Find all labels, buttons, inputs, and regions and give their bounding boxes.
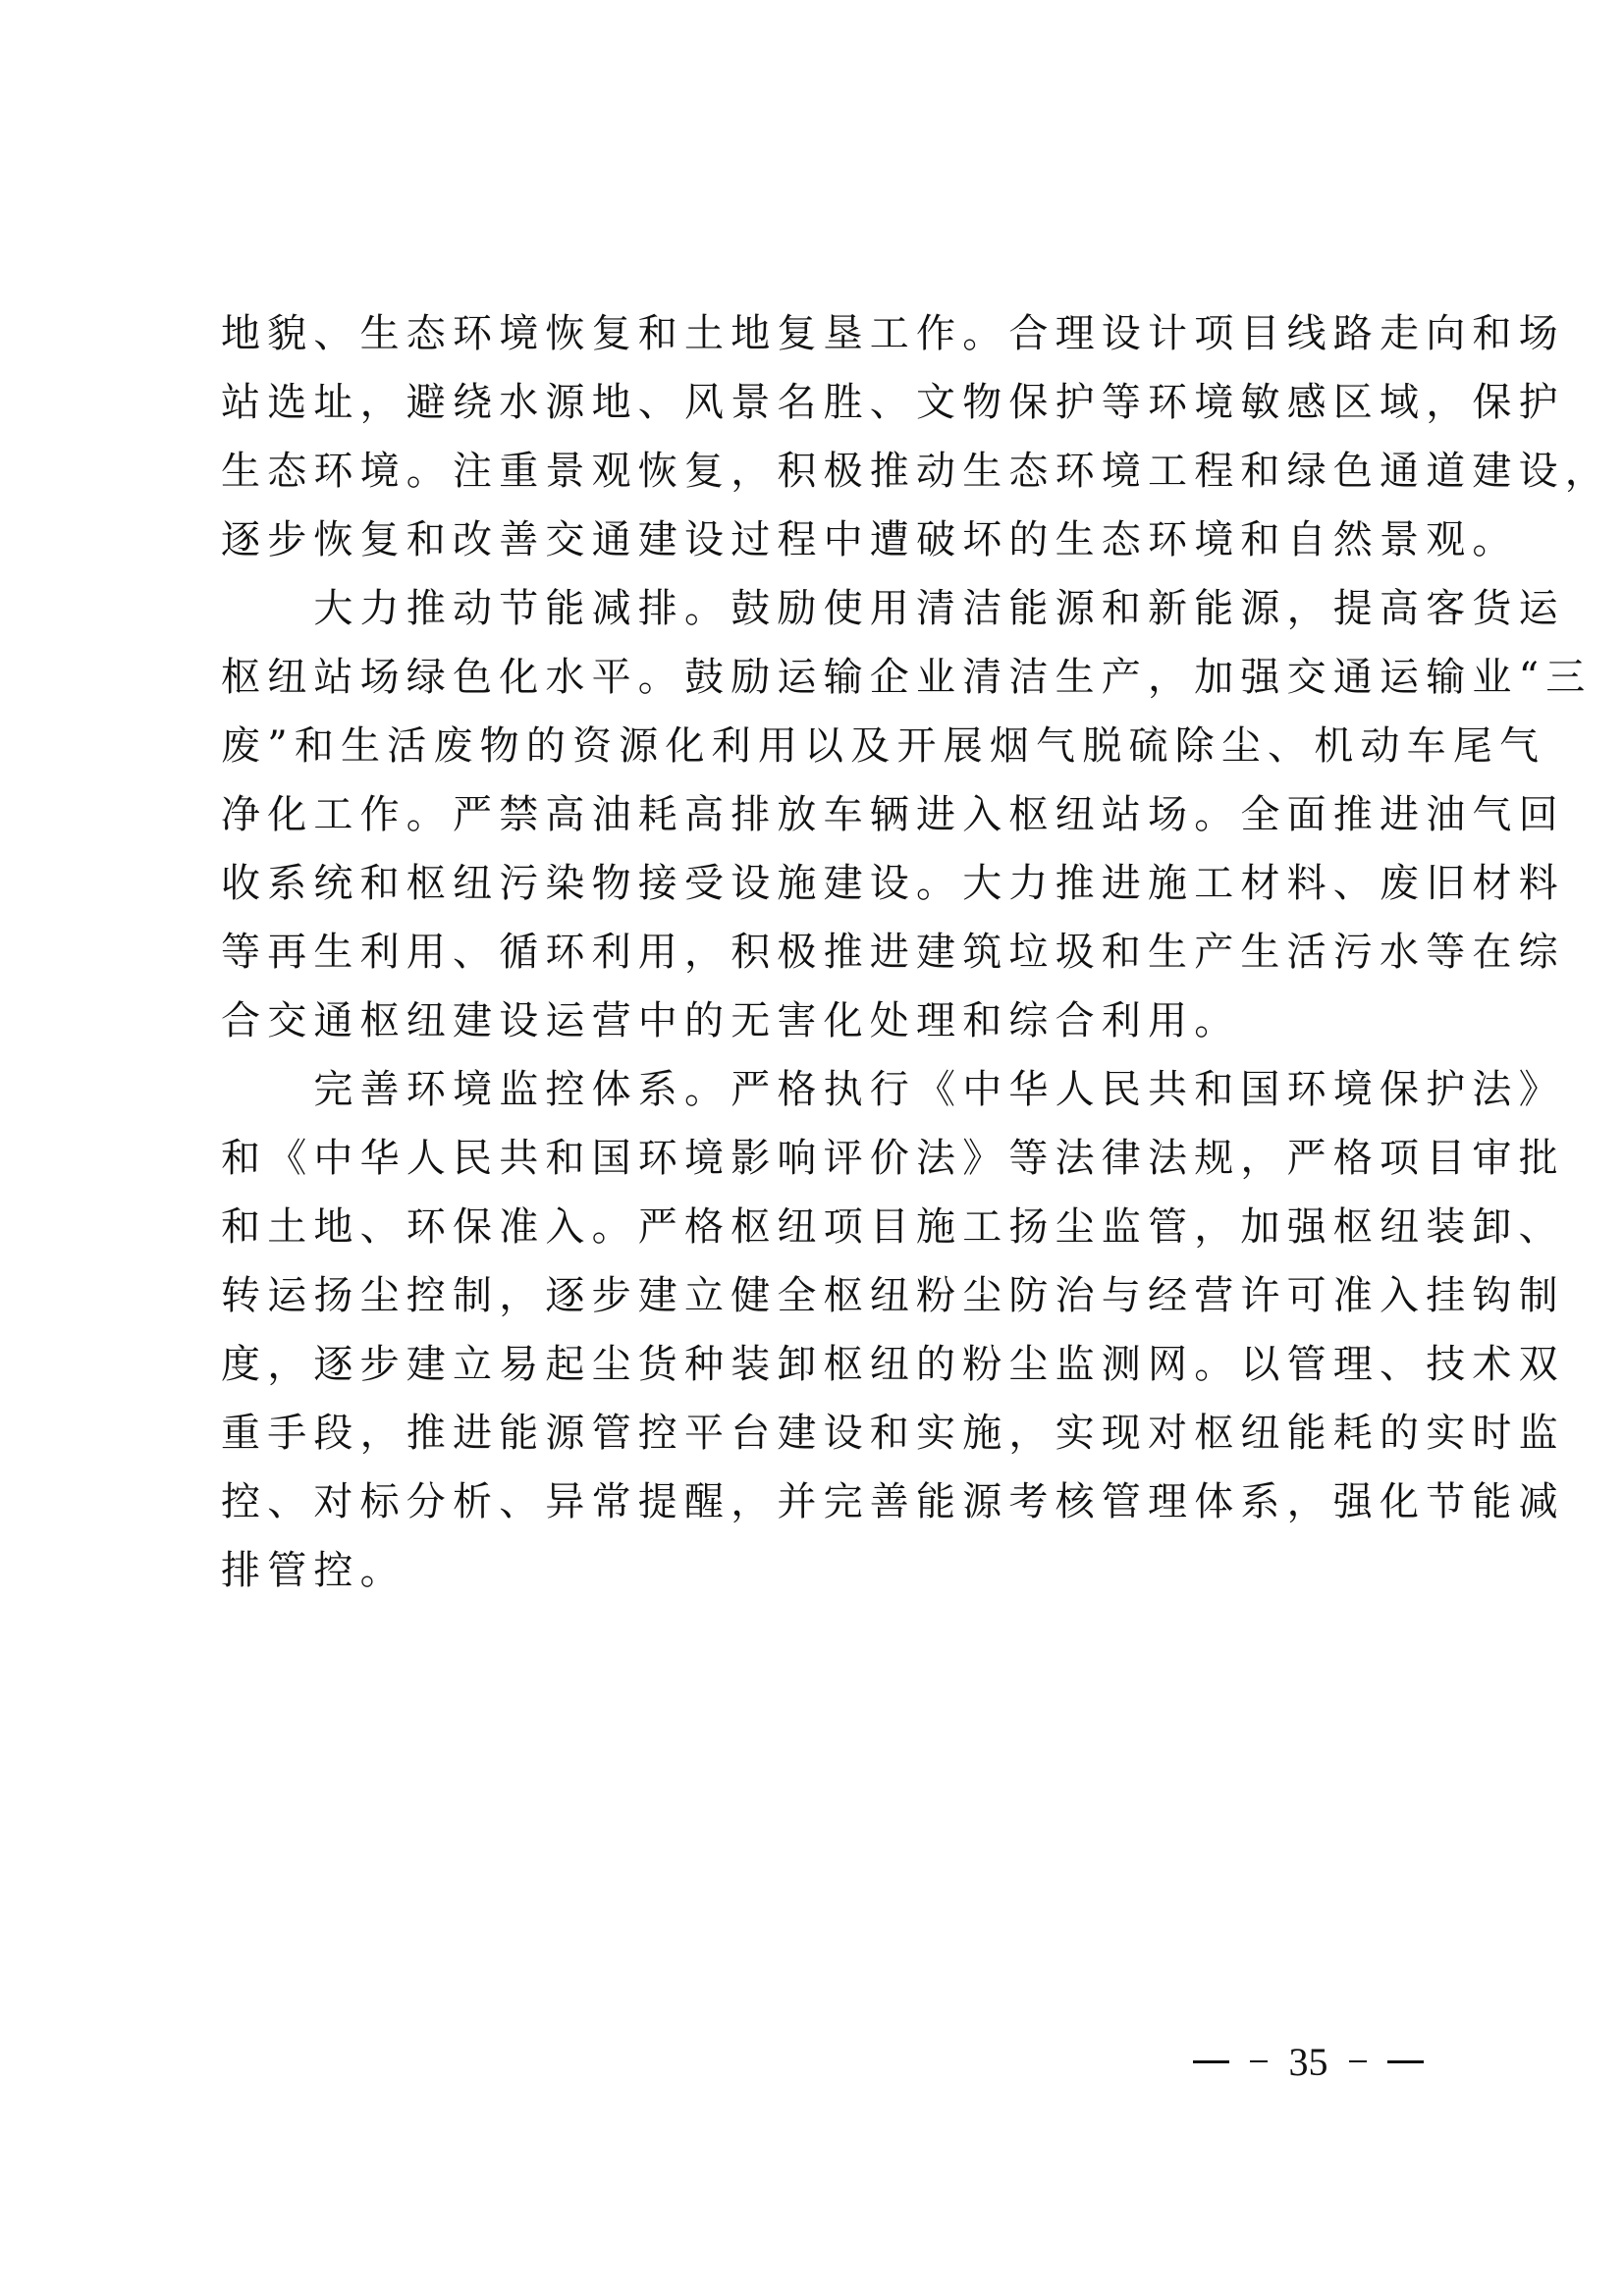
text-line: 生态环境。注重景观恢复，积极推动生态环境工程和绿色通道建设， [221, 437, 1429, 506]
text-line: 控、对标分析、异常提醒，并完善能源考核管理体系，强化节能减 [221, 1468, 1429, 1536]
text-line: 逐步恢复和改善交通建设过程中遭破坏的生态环境和自然景观。 [221, 506, 1429, 574]
text-line: 转运扬尘控制，逐步建立健全枢纽粉尘防治与经营许可准入挂钩制 [221, 1261, 1429, 1330]
text-line: 废”和生活废物的资源化利用以及开展烟气脱硫除尘、机动车尾气 [221, 712, 1429, 780]
text-line: 净化工作。严禁高油耗高排放车辆进入枢纽站场。全面推进油气回 [221, 780, 1429, 849]
text-line: 和土地、环保准入。严格枢纽项目施工扬尘监管，加强枢纽装卸、 [221, 1193, 1429, 1261]
text-line: 和《中华人民共和国环境影响评价法》等法律法规，严格项目审批 [221, 1124, 1429, 1193]
text-line: 重手段，推进能源管控平台建设和实施，实现对枢纽能耗的实时监 [221, 1399, 1429, 1468]
text-line: 度，逐步建立易起尘货种装卸枢纽的粉尘监测网。以管理、技术双 [221, 1330, 1429, 1399]
page-number: 35 [1289, 2039, 1328, 2085]
text-line: 地貌、生态环境恢复和土地复垦工作。合理设计项目线路走向和场 [221, 299, 1429, 368]
text-line: 站选址，避绕水源地、风景名胜、文物保护等环境敏感区域，保护 [221, 368, 1429, 437]
paragraph-heading-line: 完善环境监控体系。严格执行《中华人民共和国环境保护法》 [221, 1055, 1429, 1124]
body-text: 地貌、生态环境恢复和土地复垦工作。合理设计项目线路走向和场 站选址，避绕水源地、… [221, 299, 1429, 1605]
text-line: 等再生利用、循环利用，积极推进建筑垃圾和生产生活污水等在综 [221, 918, 1429, 987]
footer-dash-right-short [1349, 2060, 1367, 2062]
text-line: 枢纽站场绿色化水平。鼓励运输企业清洁生产，加强交通运输业“三 [221, 643, 1429, 712]
footer-dash-right [1387, 2060, 1424, 2063]
text-line: 收系统和枢纽污染物接受设施建设。大力推进施工材料、废旧材料 [221, 849, 1429, 918]
text-line: 排管控。 [221, 1536, 1429, 1605]
paragraph-heading-line: 大力推动节能减排。鼓励使用清洁能源和新能源，提高客货运 [221, 574, 1429, 643]
page-number-footer: 35 [1193, 2034, 1424, 2089]
document-page: 地貌、生态环境恢复和土地复垦工作。合理设计项目线路走向和场 站选址，避绕水源地、… [0, 0, 1624, 2296]
footer-dash-left-short [1250, 2060, 1268, 2062]
text-line: 合交通枢纽建设运营中的无害化处理和综合利用。 [221, 987, 1429, 1055]
footer-dash-left [1193, 2060, 1229, 2063]
